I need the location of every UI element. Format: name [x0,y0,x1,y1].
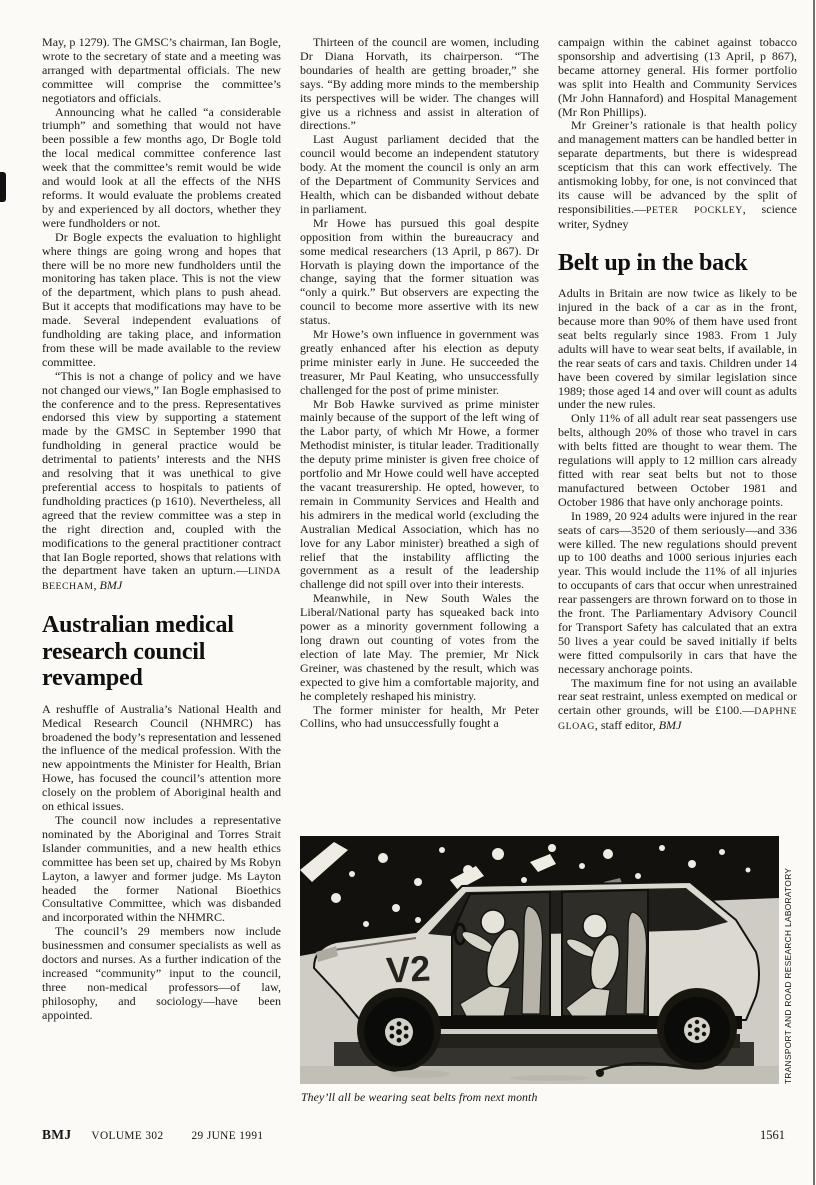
page-footer: BMJ VOLUME 302 29 JUNE 1991 1561 [42,1126,785,1144]
journal-name: BMJ [99,578,122,592]
footer-left: BMJ VOLUME 302 29 JUNE 1991 [42,1126,263,1144]
paragraph: campaign within the cabinet against toba… [558,36,797,119]
signoff-role: , staff editor, [595,718,659,732]
paragraph-with-signoff: Mr Greiner’s rationale is that health po… [558,119,797,231]
paragraph: Only 11% of all adult rear seat passenge… [558,412,797,509]
paragraph: The former minister for health, Mr Peter… [300,704,539,732]
column-3: campaign within the cabinet against toba… [558,36,797,734]
journal-name: BMJ [659,718,682,732]
paragraph: Mr Bob Hawke survived as prime minister … [300,398,539,593]
photo-caption: They’ll all be wearing seat belts from n… [301,1090,798,1105]
headline-belt-up: Belt up in the back [558,250,797,277]
headline-australian-council: Australian medical research council reva… [42,612,281,692]
paragraph: May, p 1279). The GMSC’s chairman, Ian B… [42,36,281,106]
paragraph: Dr Bogle expects the evaluation to highl… [42,231,281,370]
paragraph: Mr Howe’s own influence in government wa… [300,328,539,398]
crash-test-photo-image: V2 [300,836,779,1084]
paragraph: Last August parliament decided that the … [300,133,539,216]
paragraph: The council’s 29 members now include bus… [42,925,281,1022]
scan-edge-artifact [813,0,815,1185]
photo-frame: V2 [300,836,798,1084]
paragraph: A reshuffle of Australia’s National Heal… [42,703,281,814]
paragraph: Announcing what he called “a considerabl… [42,106,281,231]
footer-volume: VOLUME 302 [91,1130,163,1142]
page-number: 1561 [760,1128,785,1143]
footer-journal: BMJ [42,1127,71,1142]
paragraph: Adults in Britain are now twice as likel… [558,287,797,412]
car-marking-v2: V2 [385,947,431,990]
paragraph: Thirteen of the council are women, inclu… [300,36,539,133]
paragraph: The council now includes a representativ… [42,814,281,925]
footer-date: 29 JUNE 1991 [192,1130,264,1142]
scan-blob-artifact [0,172,6,202]
paragraph: Mr Howe has pursued this goal despite op… [300,217,539,328]
crash-test-photo: V2 [300,836,798,1105]
paragraph: In 1989, 20 924 adults were injured in t… [558,510,797,677]
paragraph-text: “This is not a change of policy and we h… [42,369,281,578]
photo-credit: TRANSPORT AND ROAD RESEARCH LABORATORY [780,836,798,1084]
column-2: Thirteen of the council are women, inclu… [300,36,539,731]
paragraph: Meanwhile, in New South Wales the Libera… [300,592,539,703]
paragraph-with-signoff: “This is not a change of policy and we h… [42,370,281,595]
column-1: May, p 1279). The GMSC’s chairman, Ian B… [42,36,281,1023]
paragraph-with-signoff: The maximum fine for not using an availa… [558,677,797,735]
journal-page: May, p 1279). The GMSC’s chairman, Ian B… [0,0,816,1185]
signoff-author: PETER POCKLEY [646,205,743,216]
